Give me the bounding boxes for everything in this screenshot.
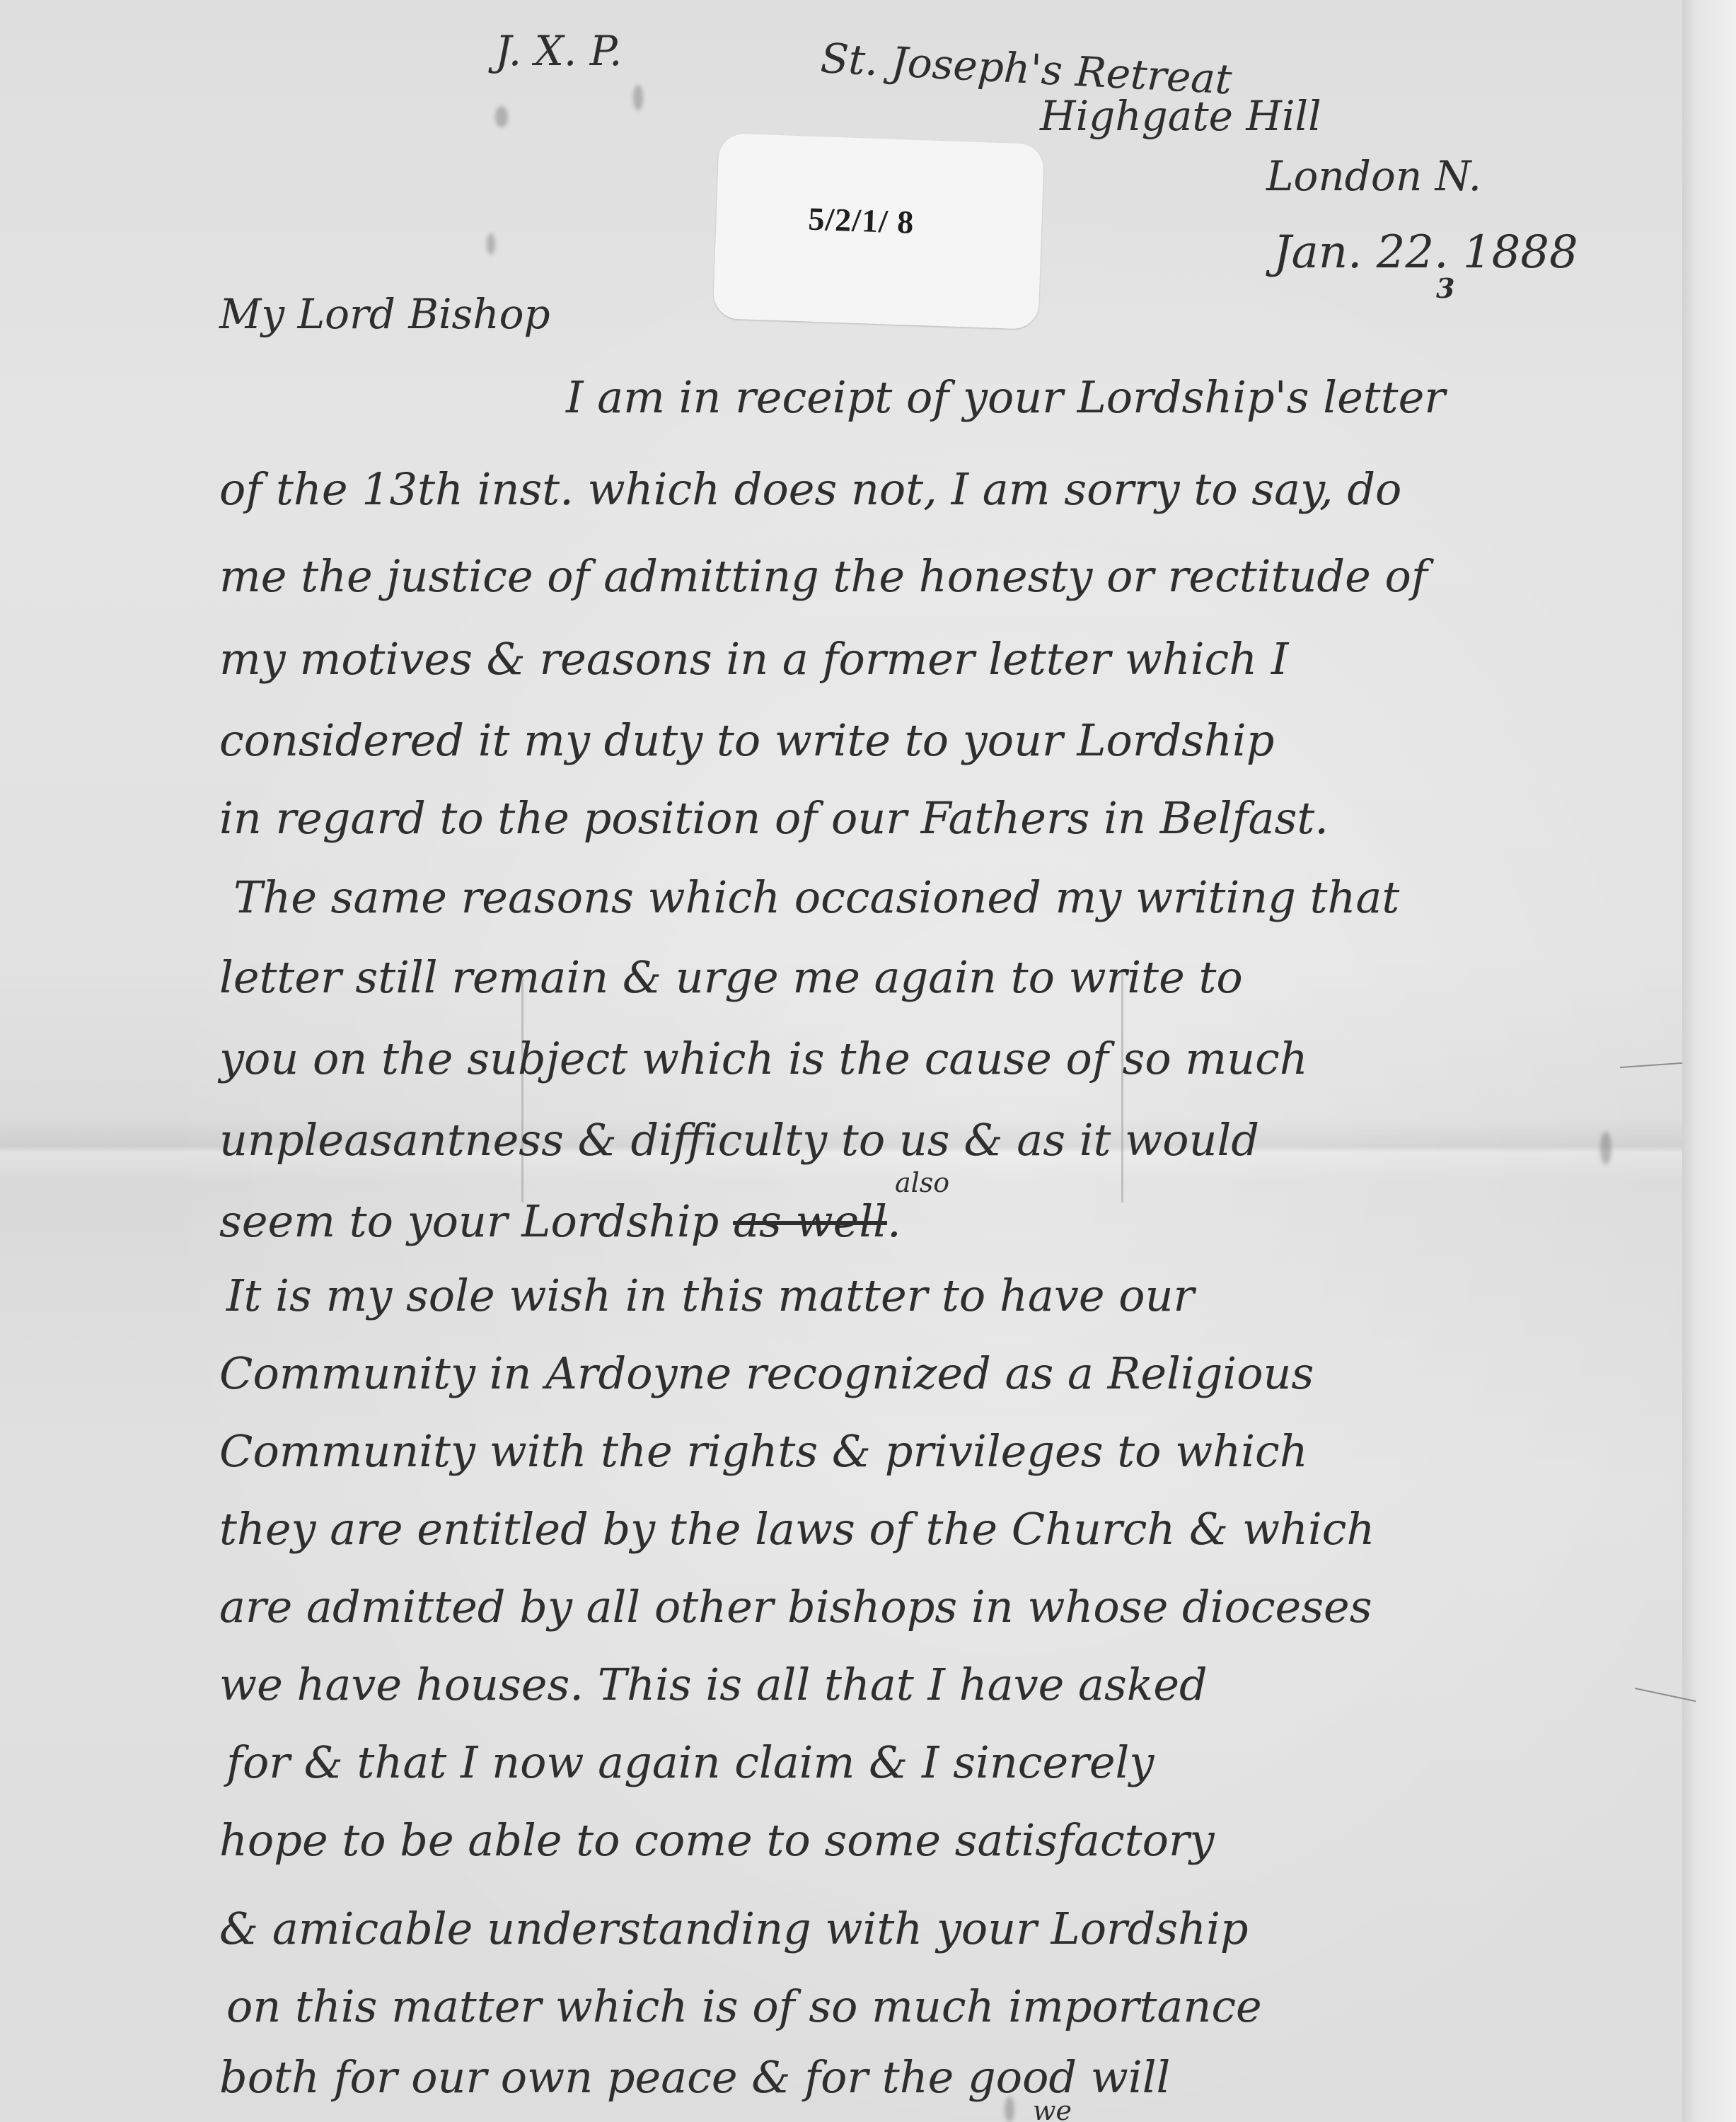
invocation-initials: J. X. P. [495, 27, 623, 75]
archive-reference-number: 5/2/1/ 8 [808, 200, 915, 241]
body-line: hope to be able to come to some satisfac… [219, 1814, 1215, 1866]
body-line: Community in Ardoyne recognized as a Rel… [219, 1347, 1314, 1399]
ink-spot [633, 85, 643, 110]
date-text: Jan. 22. 1888 [1273, 226, 1578, 279]
body-line: Community with the rights & privileges t… [219, 1425, 1308, 1477]
body-line: we have houses. This is all that I have … [219, 1659, 1208, 1710]
body-line: my motives & reasons in a former letter … [219, 633, 1288, 685]
body-line: letter still remain & urge me again to w… [219, 951, 1243, 1003]
body-line: It is my sole wish in this matter to hav… [226, 1270, 1194, 1321]
salutation: My Lord Bishop [219, 290, 550, 338]
page-edge-shadow [1682, 0, 1736, 2122]
body-line: both for our own peace & for the good wi… [219, 2051, 1170, 2103]
ink-spot [1600, 1132, 1611, 1164]
body-line: I am in receipt of your Lordship's lette… [566, 371, 1445, 423]
body-line-text: seem to your Lordship [219, 1195, 719, 1247]
body-line: seem to your Lordship as well. [219, 1195, 901, 1247]
body-line: you on the subject which is the cause of… [219, 1033, 1308, 1084]
body-line: The same reasons which occasioned my wri… [233, 871, 1399, 923]
vertical-crease [1121, 969, 1123, 1202]
interlinear-insertion: we [1033, 2095, 1072, 2122]
date-correction: 3 [1436, 272, 1454, 304]
scanned-letter: 5/2/1/ 8 J. X. P. St. Joseph's Retreat H… [0, 0, 1736, 2122]
body-line-text: of the 13th inst. which does not, I am s… [219, 463, 1401, 515]
body-line: on this matter which is of so much impor… [226, 1981, 1262, 2032]
body-line: considered it my duty to write to your L… [219, 714, 1274, 766]
ink-spot [495, 106, 508, 127]
body-line: for & that I now again claim & I sincere… [226, 1737, 1154, 1788]
vertical-crease [521, 969, 523, 1202]
interlinear-insertion: also [895, 1167, 949, 1198]
line-end-punctuation: . [887, 1195, 901, 1247]
body-line: & amicable understanding with your Lords… [219, 1903, 1249, 1954]
address-line-2: Highgate Hill [1040, 92, 1321, 140]
struck-text: as well [733, 1195, 887, 1247]
archive-reference-label: 5/2/1/ 8 [713, 133, 1045, 330]
body-line: they are entitled by the laws of the Chu… [219, 1503, 1375, 1555]
ink-spot [487, 233, 495, 255]
address-line-3: London N. [1266, 152, 1481, 200]
body-line: of the 13th inst. which does not, I am s… [219, 463, 1401, 515]
body-line: in regard to the position of our Fathers… [219, 792, 1329, 844]
body-line: me the justice of admitting the honesty … [219, 550, 1428, 602]
body-line: are admitted by all other bishops in who… [219, 1581, 1372, 1633]
letter-date: Jan. 22. 1888 [1273, 226, 1578, 279]
body-line: unpleasantness & difficulty to us & as i… [219, 1114, 1259, 1166]
